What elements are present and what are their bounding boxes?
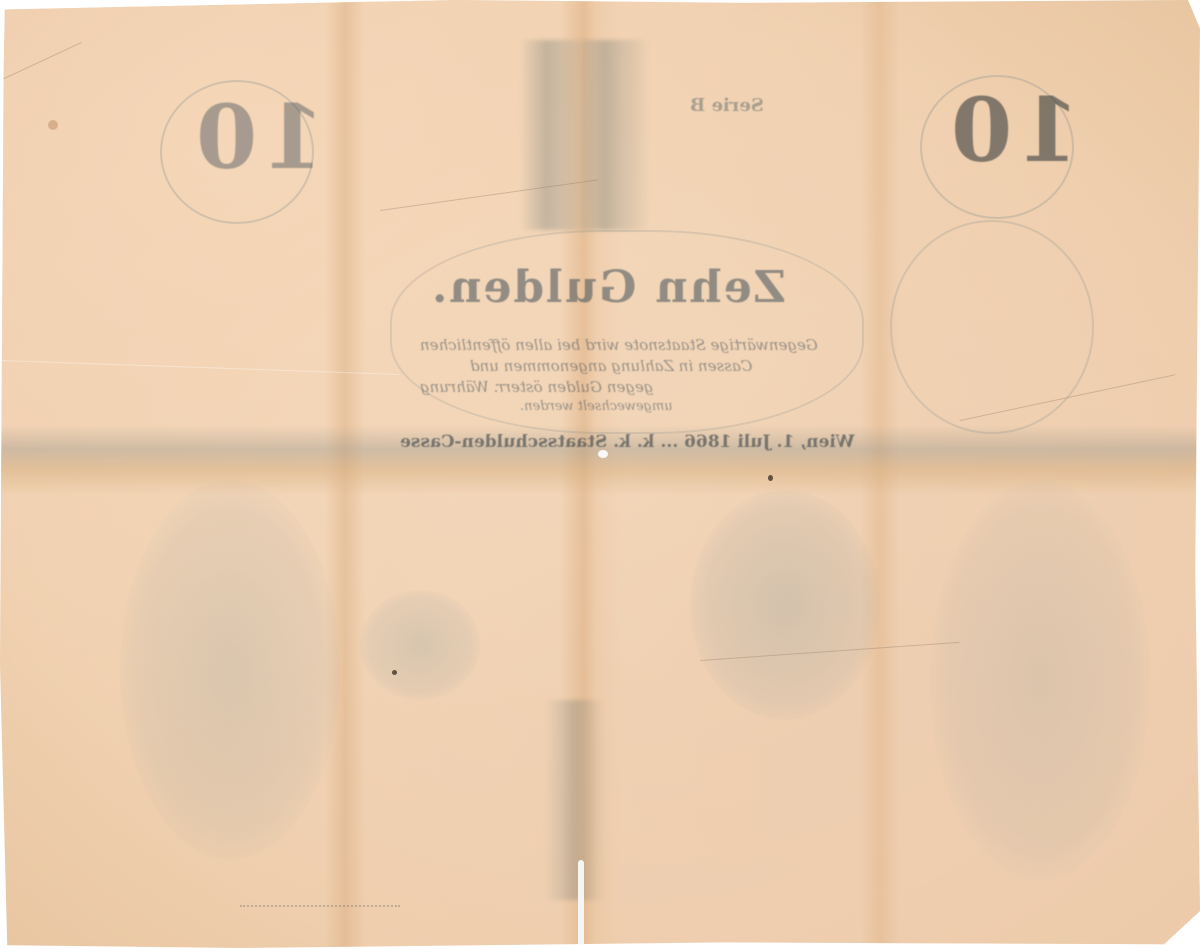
left-allegory-figure-showthrough [120,480,340,860]
stain [48,120,58,130]
legal-text-line-1: Gegenwärtige Staatsnote wird bei allen ö… [420,336,818,354]
legal-text-line-4: umgewechselt werden. [520,399,673,414]
paper-tear [578,860,584,949]
small-figure-showthrough [360,590,480,700]
right-medallion-frame [890,220,1094,434]
right-allegory-figure-showthrough [930,480,1150,880]
banknote-reverse: 10 10 Serie B Zehn Gulden. Gegenwärtige … [0,0,1200,949]
legal-text-line-2: Cassen in Zahlung angenommen und [470,357,752,375]
serial-label: Serie B [690,95,764,116]
denomination-title: Zehn Gulden. [430,262,786,313]
stain [392,670,397,675]
border-dotted-line [240,905,400,908]
stain [768,475,773,481]
legal-text-line-3: gegen Gulden österr. Währung [420,378,653,396]
denomination-numeral-left: 10 [190,85,324,189]
center-numeral-showthrough [520,40,650,230]
denomination-numeral-right: 10 [945,78,1079,182]
paper-hole [598,450,608,458]
lower-numeral-showthrough [545,700,605,900]
portrait-medallion-showthrough [690,490,880,720]
crease [0,42,82,81]
issuer-signature-line: Wien, 1. Juli 1866 ... k. k. Staatsschul… [400,432,855,452]
